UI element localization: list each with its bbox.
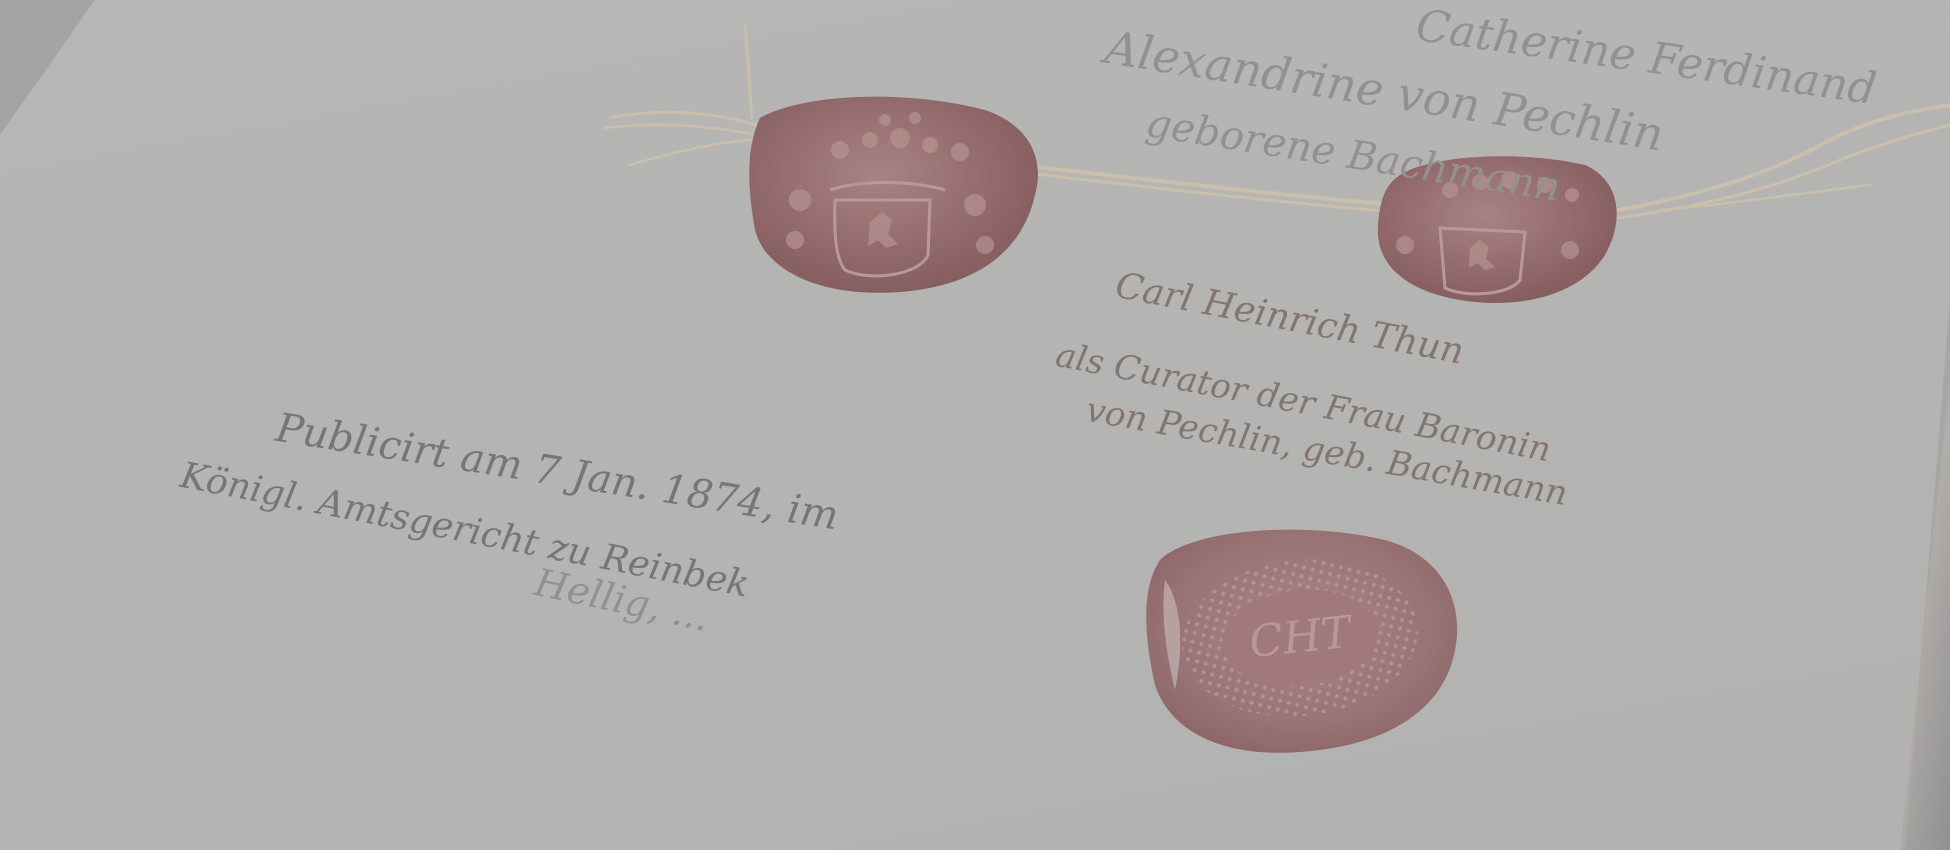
wax-seal-monogram: CHT [1146,530,1457,753]
wax-seal-large [749,97,1038,293]
seal-monogram-text: CHT [1247,606,1357,668]
document-photo: CHT Catherine Ferdinand Alexandrine von … [0,0,1950,850]
